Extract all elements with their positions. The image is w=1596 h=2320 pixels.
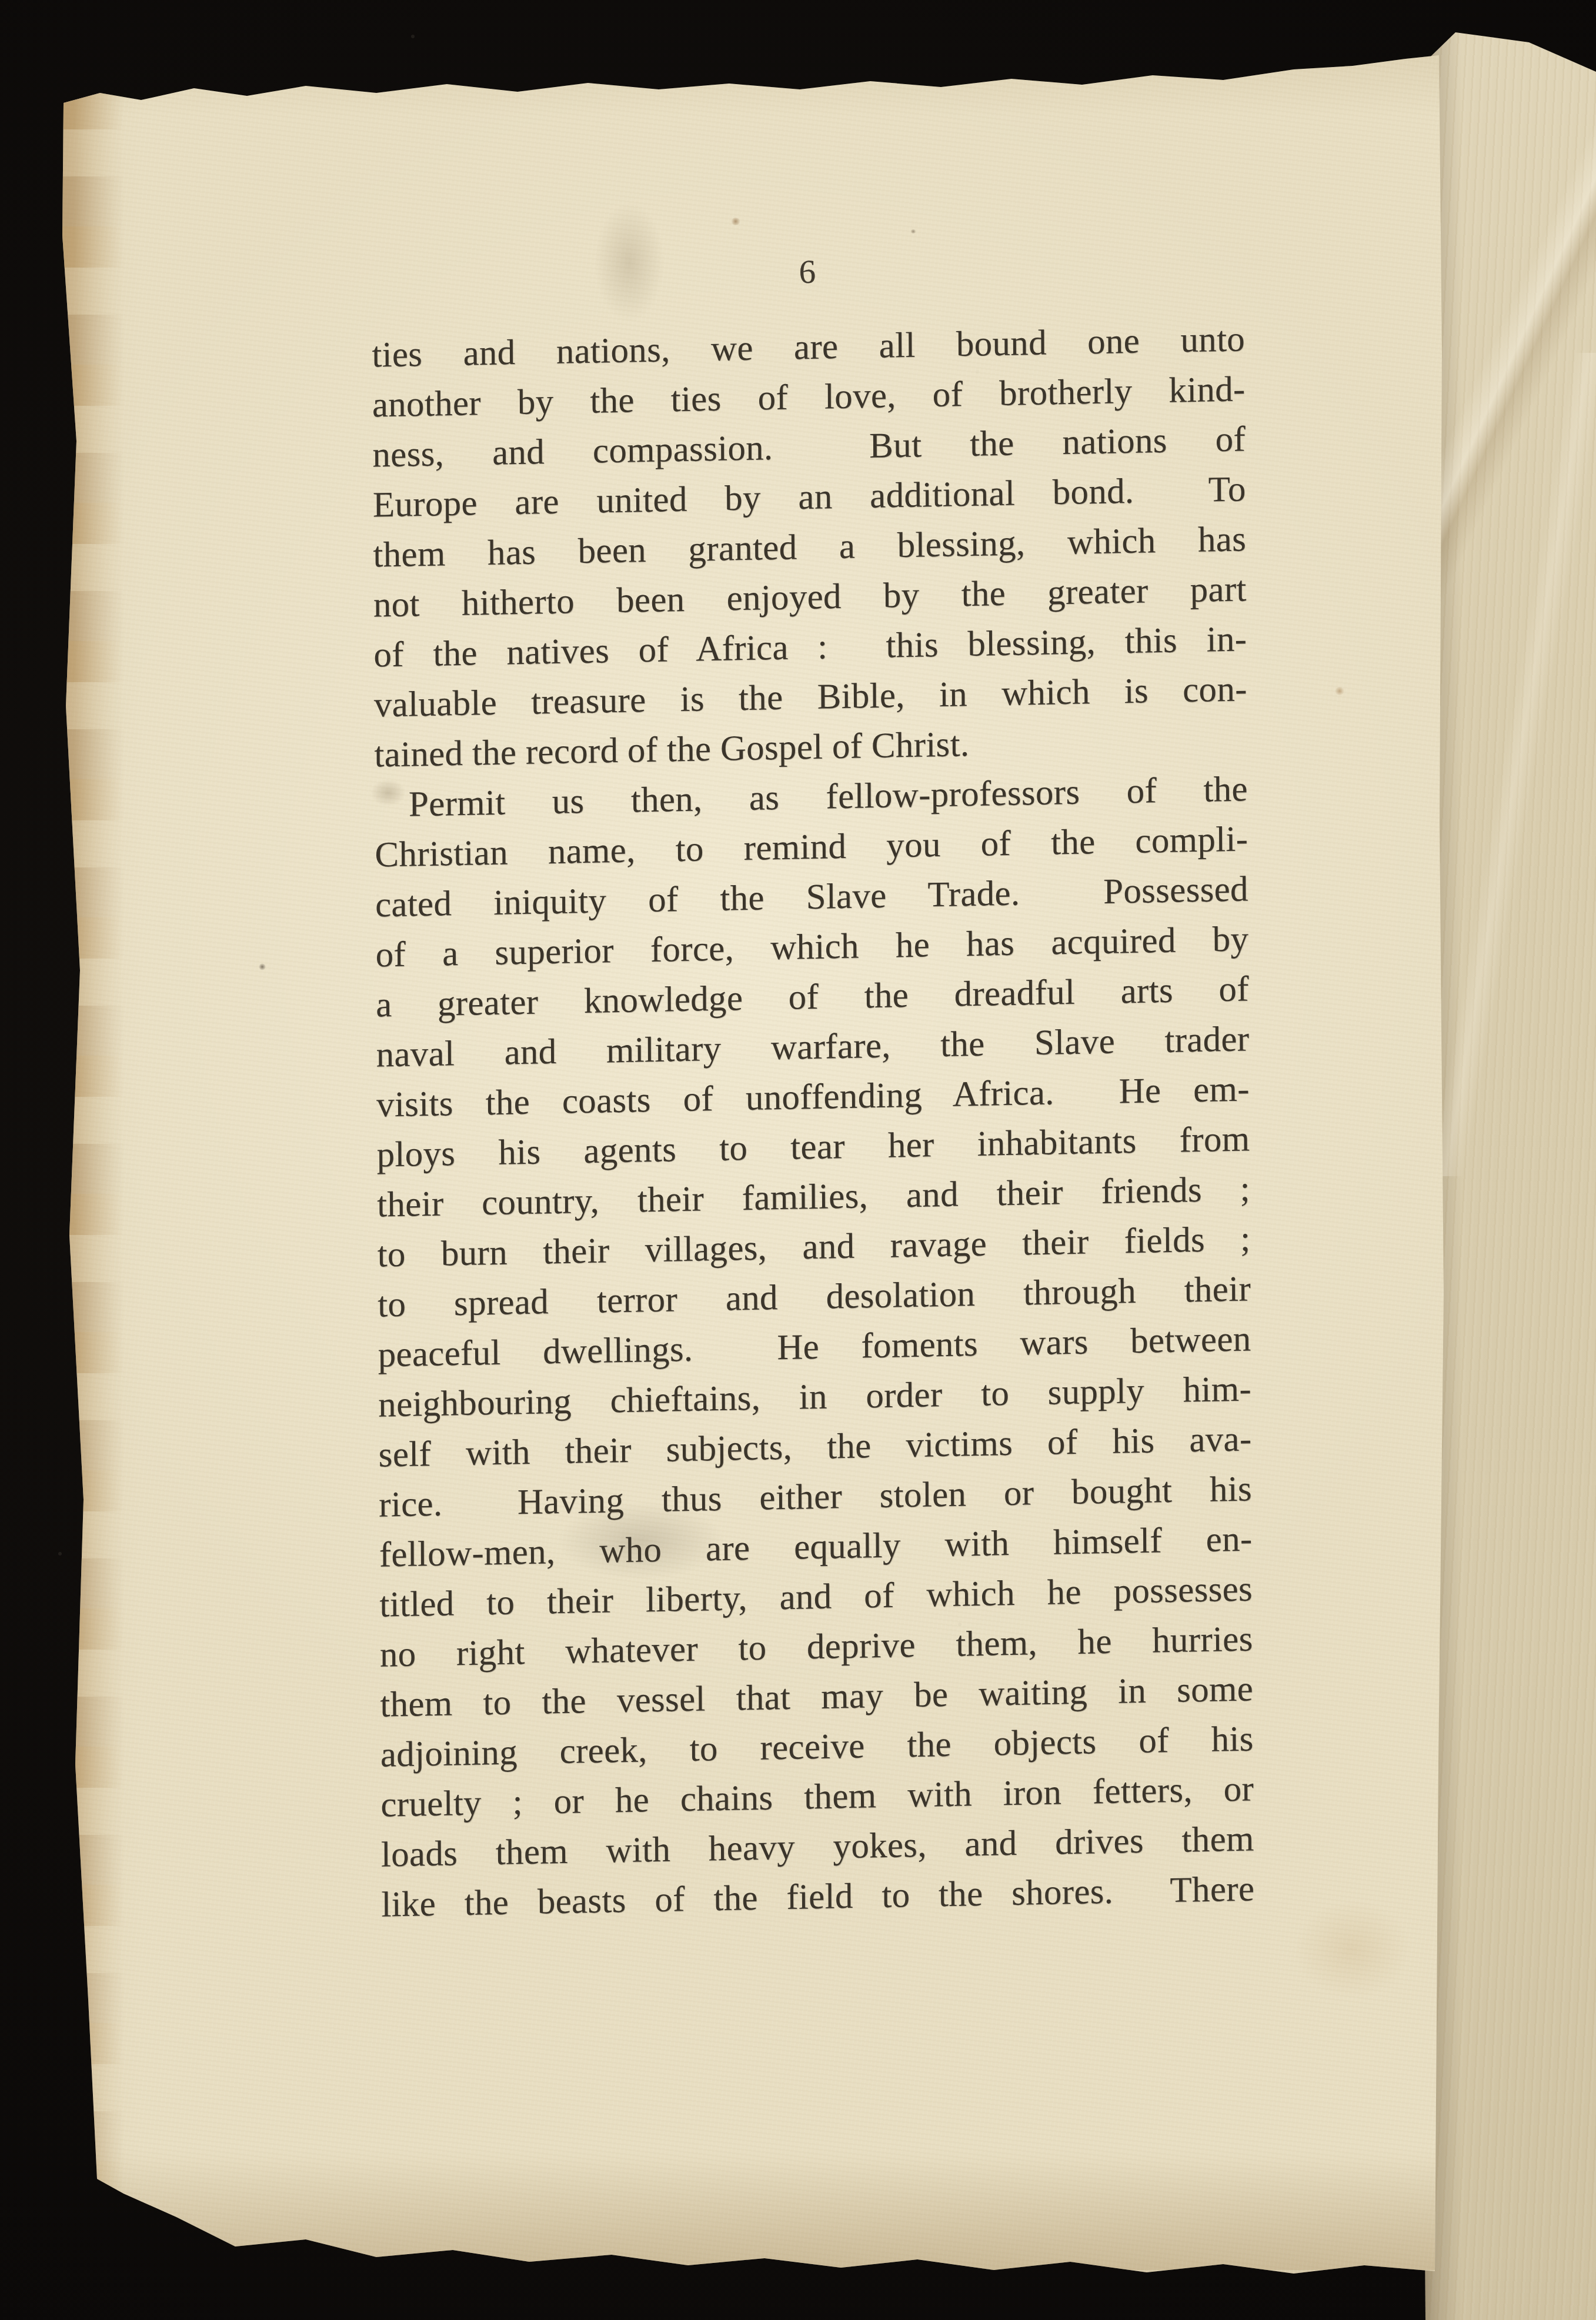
body-text: ties and nations, we are all bound one u… — [372, 314, 1254, 1930]
bottom-edge-toning — [94, 2094, 1435, 2270]
deckled-left-edge — [56, 88, 127, 2199]
ink-speck — [259, 963, 266, 970]
printed-text-area: 6 ties and nations, we are all bound one… — [371, 245, 1254, 1954]
foxing-stain — [1294, 1900, 1411, 1999]
dust-specks — [376, 894, 379, 896]
photo-black-background: 6 ties and nations, we are all bound one… — [0, 0, 1596, 2320]
stack-crease-secondary — [1429, 353, 1596, 1176]
paper-speck — [731, 218, 740, 225]
page-number: 6 — [371, 245, 1244, 299]
foxing-speck — [1335, 687, 1344, 695]
book-page: 6 ties and nations, we are all bound one… — [0, 0, 1596, 2320]
paper-speck — [910, 229, 916, 233]
